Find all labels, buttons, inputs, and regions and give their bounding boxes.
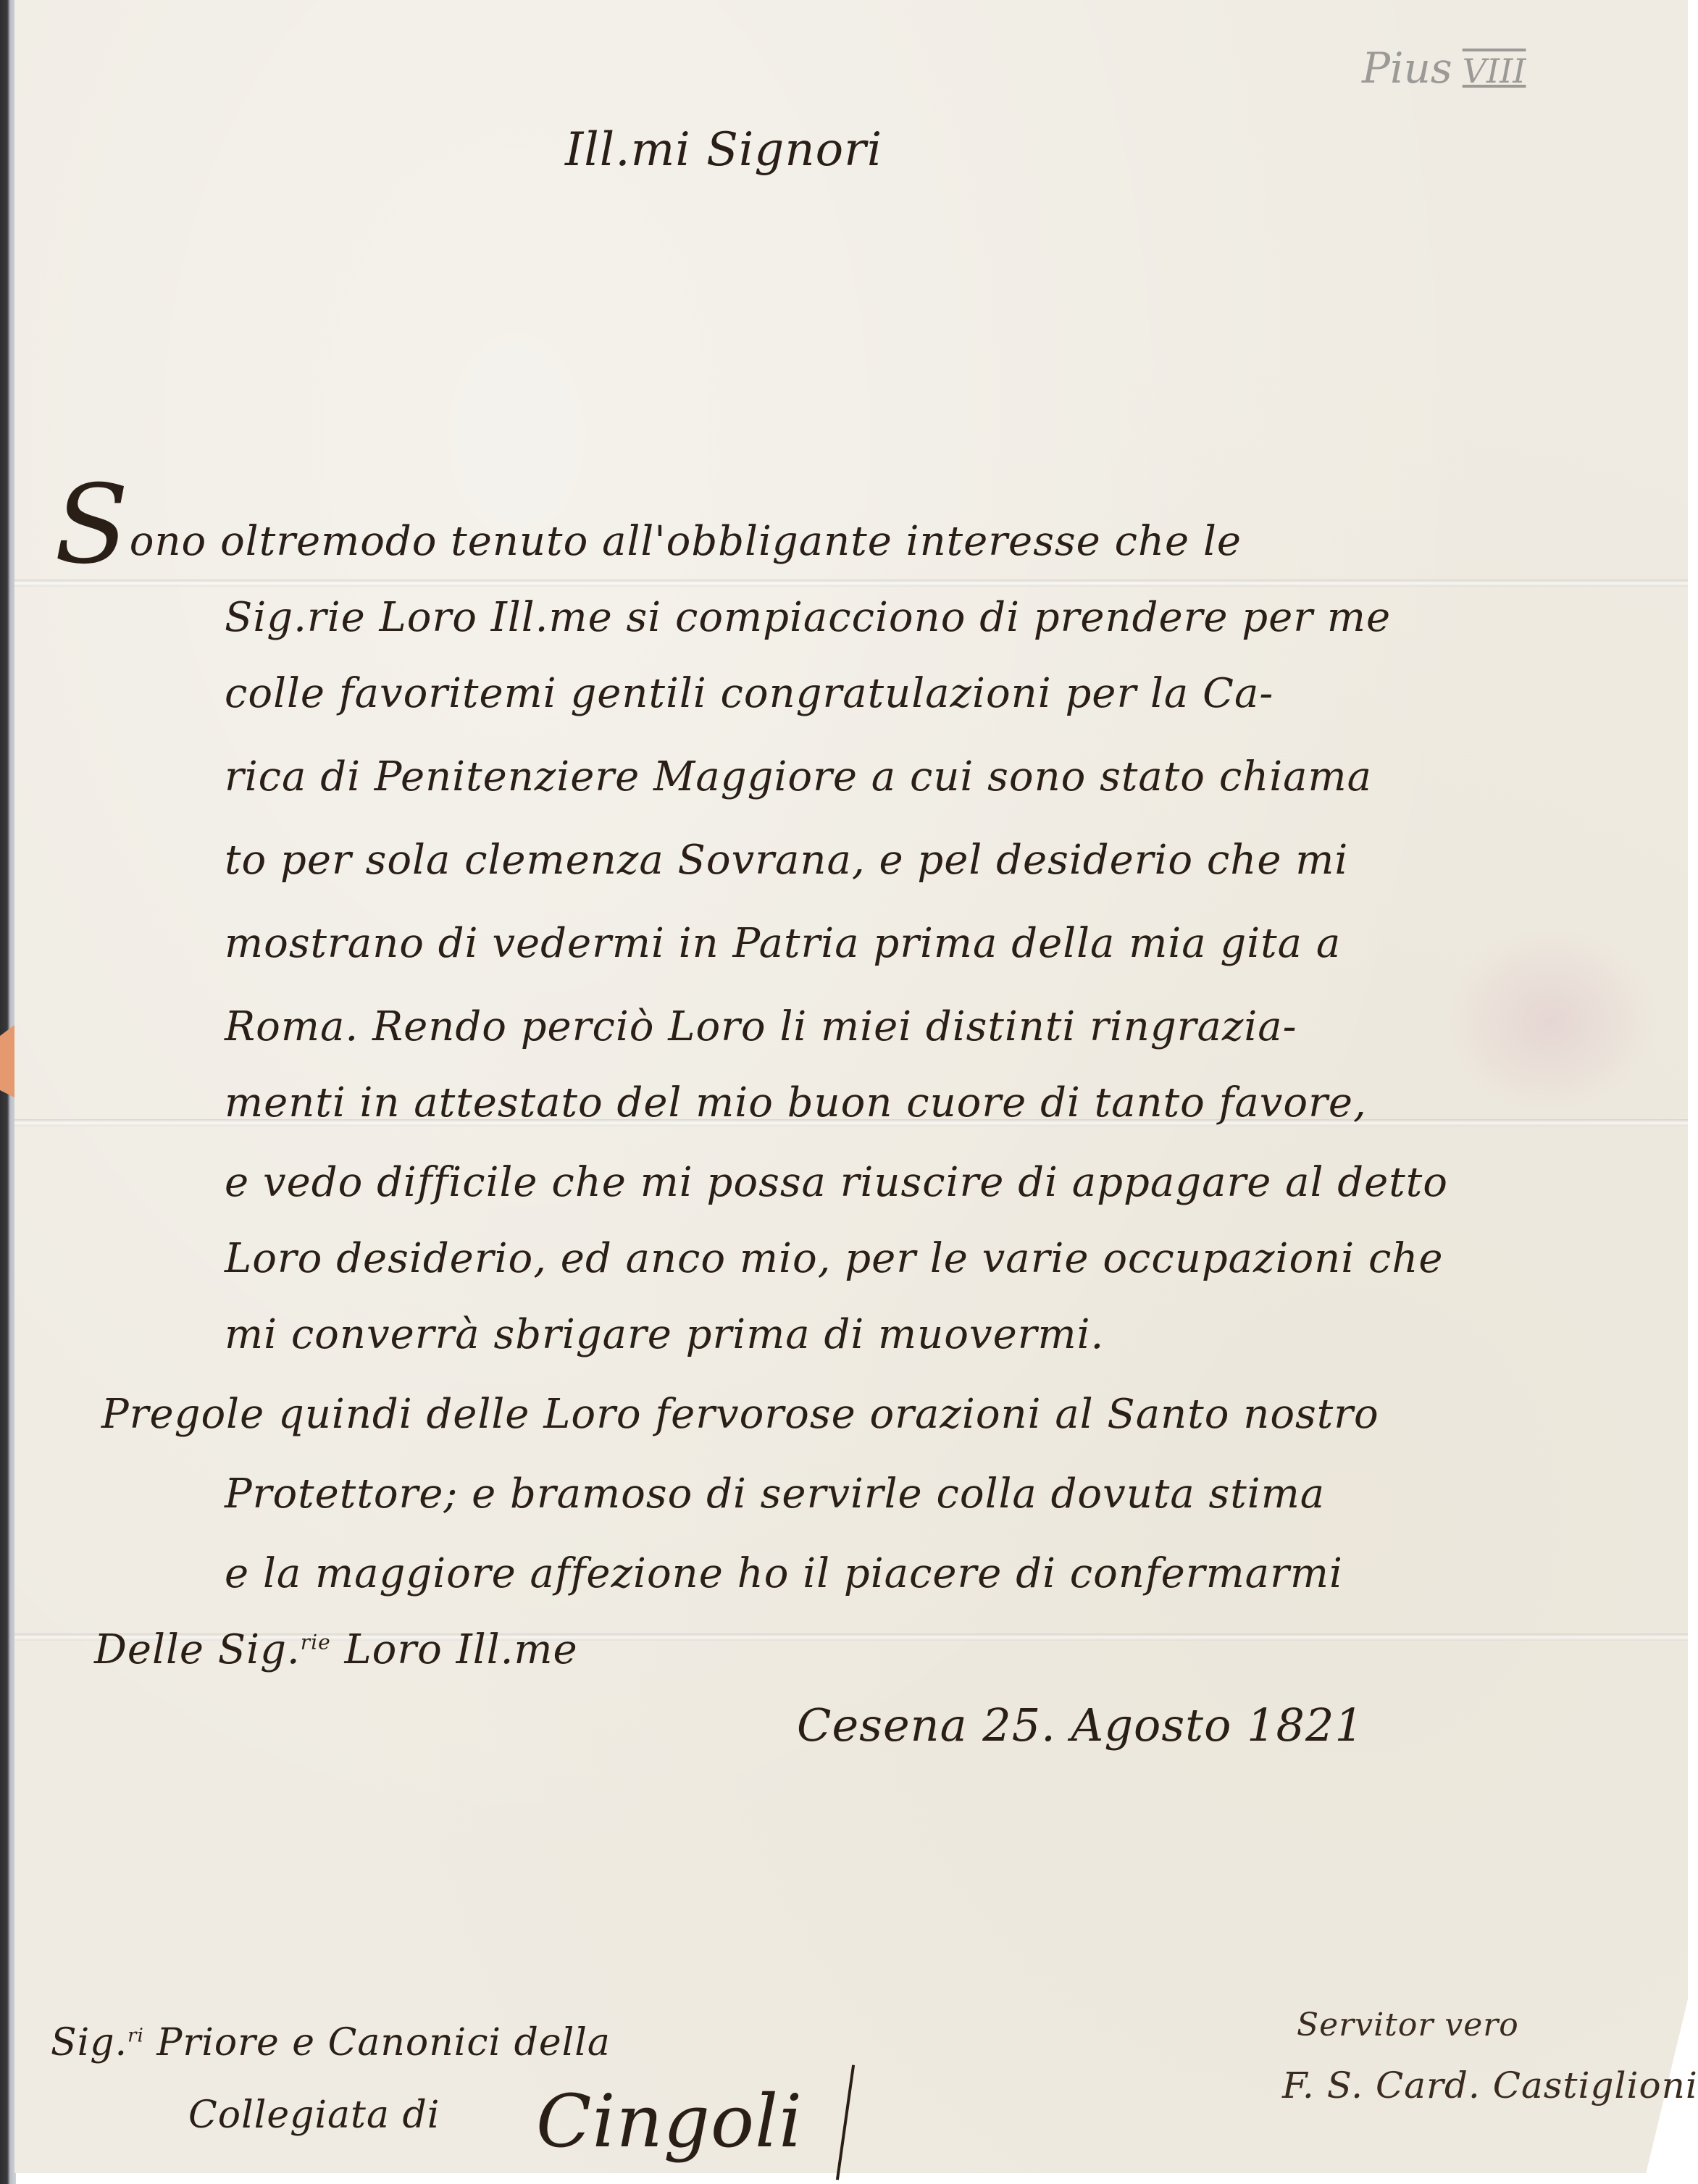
- address-recipients: Priore e Canonici della: [156, 2021, 611, 2064]
- body-line: mi converrà sbrigare prima di muovermi.: [225, 1311, 1104, 1358]
- drop-cap: S: [54, 462, 130, 588]
- fold-crease: [14, 580, 1688, 587]
- signature-name: F. S. Card. Castiglioni: [1282, 2064, 1698, 2106]
- body-line: Sig.rie Loro Ill.me si compiacciono di p…: [225, 594, 1391, 641]
- closing-suffix: Loro Ill.me: [344, 1626, 577, 1673]
- body-line: rica di Penitenziere Maggiore a cui sono…: [225, 753, 1372, 800]
- body-line: e la maggiore affezione ho il piacere di…: [225, 1550, 1343, 1597]
- closing-formula: Delle Sig.rie Loro Ill.me: [94, 1626, 578, 1673]
- body-line: Protettore; e bramoso di servirle colla …: [225, 1470, 1325, 1518]
- salutation: Ill.mi Signori: [565, 123, 882, 177]
- body-line: to per sola clemenza Sovrana, e pel desi…: [225, 837, 1348, 884]
- address-prefix: Sig.: [51, 2021, 127, 2064]
- body-line: mostrano di vedermi in Patria prima dell…: [225, 920, 1341, 967]
- closing-superscript: rie: [301, 1630, 331, 1654]
- paper-stain: [1442, 927, 1659, 1116]
- address-city: Cingoli: [536, 2079, 803, 2164]
- signature-valediction: Servitor vero: [1297, 2007, 1519, 2043]
- body-line: Pregole quindi delle Loro fervorose oraz…: [101, 1391, 1379, 1438]
- orange-seal-tab: [0, 1025, 14, 1097]
- body-line: e vedo difficile che mi possa riuscire d…: [225, 1159, 1448, 1206]
- archive-mark-numeral: VIII: [1463, 51, 1526, 91]
- body-line: colle favoritemi gentili congratulazioni…: [225, 670, 1273, 717]
- address-line-2: Collegiata di: [188, 2093, 440, 2137]
- address-line-1: Sig.ri Priore e Canonici della: [51, 2021, 611, 2064]
- archive-mark-name: Pius: [1362, 43, 1452, 93]
- body-line: Loro desiderio, ed anco mio, per le vari…: [225, 1235, 1444, 1282]
- body-line-text: ono oltremodo tenuto all'obbligante inte…: [130, 518, 1242, 565]
- body-line: Roma. Rendo perciò Loro li miei distinti…: [225, 1003, 1297, 1050]
- closing-prefix: Delle Sig.: [94, 1626, 301, 1673]
- body-line: Sono oltremodo tenuto all'obbligante int…: [54, 518, 1242, 565]
- archive-pencil-mark: PiusVIII: [1362, 43, 1526, 93]
- address-superscript: ri: [127, 2025, 144, 2047]
- place-and-date: Cesena 25. Agosto 1821: [797, 1699, 1364, 1752]
- body-line: menti in attestato del mio buon cuore di…: [225, 1079, 1367, 1126]
